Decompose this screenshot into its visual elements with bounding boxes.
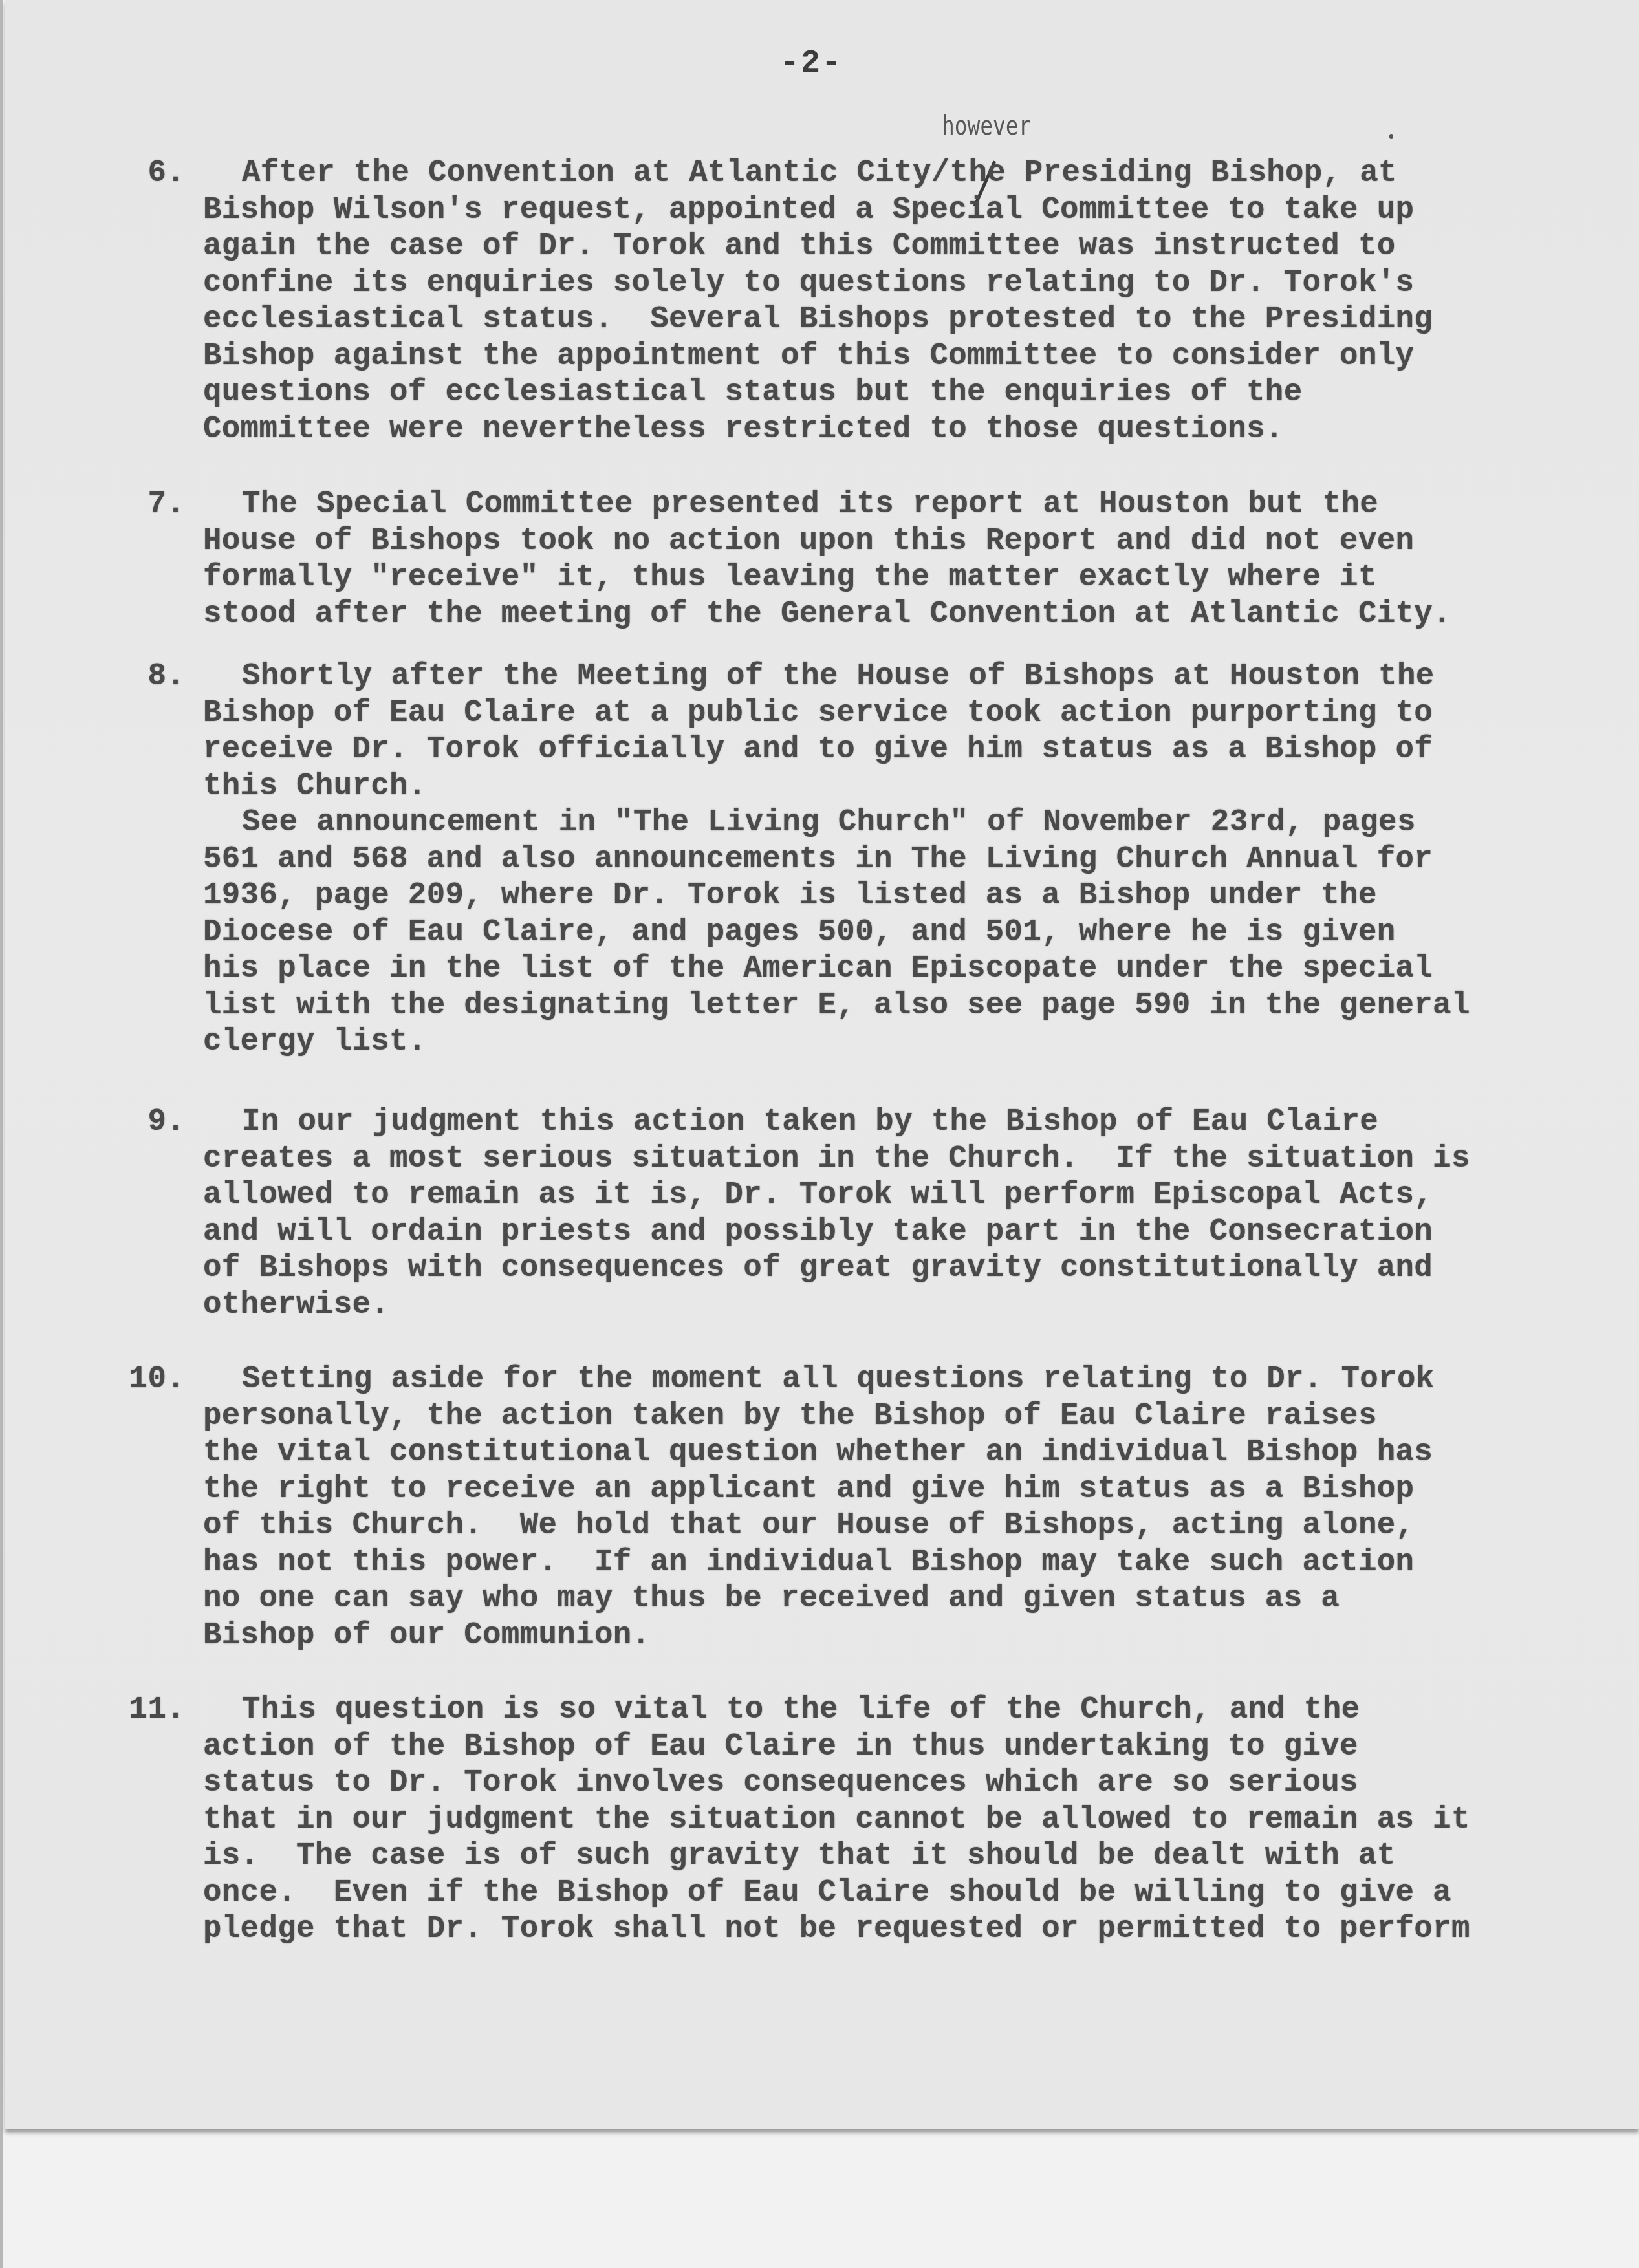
paragraph-number: 7.	[101, 486, 185, 523]
text-line: stood after the meeting of the General C…	[203, 596, 1451, 633]
text-line: of Bishops with consequences of great gr…	[203, 1250, 1433, 1287]
text-line: and will ordain priests and possibly tak…	[203, 1214, 1433, 1251]
text-line: status to Dr. Torok involves consequence…	[203, 1765, 1358, 1802]
text-line: otherwise.	[203, 1287, 389, 1324]
text-line: ecclesiastical status. Several Bishops p…	[203, 301, 1433, 338]
text-line: This question is so vital to the life of…	[242, 1692, 1360, 1729]
text-line: House of Bishops took no action upon thi…	[203, 523, 1414, 560]
paragraph-number: 9.	[101, 1104, 185, 1141]
text-line: is. The case is of such gravity that it …	[203, 1838, 1396, 1875]
text-line: no one can say who may thus be received …	[203, 1581, 1340, 1617]
text-line: receive Dr. Torok officially and to give…	[203, 731, 1433, 768]
text-line: pledge that Dr. Torok shall not be reque…	[203, 1911, 1470, 1948]
text-line: action of the Bishop of Eau Claire in th…	[203, 1729, 1358, 1766]
text-line: Diocese of Eau Claire, and pages 500, an…	[203, 914, 1396, 951]
paragraph-number: 10.	[101, 1361, 185, 1398]
text-line: that in our judgment the situation canno…	[203, 1802, 1470, 1839]
text-line: Bishop Wilson's request, appointed a Spe…	[203, 192, 1414, 229]
stray-mark	[1389, 134, 1393, 139]
text-line: once. Even if the Bishop of Eau Claire s…	[203, 1875, 1451, 1912]
text-line: Setting aside for the moment all questio…	[242, 1361, 1435, 1398]
document-page: -2- however 6.After the Convention at At…	[5, 0, 1639, 2129]
text-line: Bishop of Eau Claire at a public service…	[203, 695, 1433, 732]
text-line: Bishop against the appointment of this C…	[203, 338, 1414, 375]
text-line: formally "receive" it, thus leaving the …	[203, 559, 1377, 596]
text-line: again the case of Dr. Torok and this Com…	[203, 228, 1396, 265]
text-line: allowed to remain as it is, Dr. Torok wi…	[203, 1177, 1433, 1214]
paragraph-number: 6.	[101, 155, 185, 192]
text-line: the right to receive an applicant and gi…	[203, 1471, 1414, 1508]
text-line: The Special Committee presented its repo…	[242, 486, 1378, 523]
text-line: his place in the list of the American Ep…	[203, 951, 1433, 988]
paragraph-number: 8.	[101, 658, 185, 695]
text-line: has not this power. If an individual Bis…	[203, 1544, 1414, 1581]
text-line: this Church.	[203, 768, 427, 805]
text-line: 1936, page 209, where Dr. Torok is liste…	[203, 878, 1377, 914]
text-line: After the Convention at Atlantic City/th…	[242, 155, 1397, 192]
paragraph-number: 11.	[101, 1692, 185, 1729]
text-line: the vital constitutional question whethe…	[203, 1434, 1433, 1471]
text-line: Bishop of our Communion.	[203, 1617, 650, 1654]
text-line: clergy list.	[203, 1024, 427, 1061]
text-line: 561 and 568 and also announcements in Th…	[203, 841, 1433, 878]
text-line: personally, the action taken by the Bish…	[203, 1398, 1377, 1435]
text-line: questions of ecclesiastical status but t…	[203, 374, 1302, 411]
scanner-edge	[0, 0, 3, 2268]
page-number: -2-	[780, 45, 842, 82]
text-line: confine its enquiries solely to question…	[203, 265, 1414, 302]
handwritten-insertion: however	[942, 111, 1031, 141]
text-line: Shortly after the Meeting of the House o…	[242, 658, 1435, 695]
text-line: list with the designating letter E, also…	[203, 988, 1470, 1024]
text-line: See announcement in "The Living Church" …	[242, 805, 1416, 841]
text-line: Committee were nevertheless restricted t…	[203, 411, 1284, 448]
text-line: creates a most serious situation in the …	[203, 1141, 1470, 1178]
text-line: In our judgment this action taken by the…	[242, 1104, 1378, 1141]
text-line: of this Church. We hold that our House o…	[203, 1507, 1414, 1544]
